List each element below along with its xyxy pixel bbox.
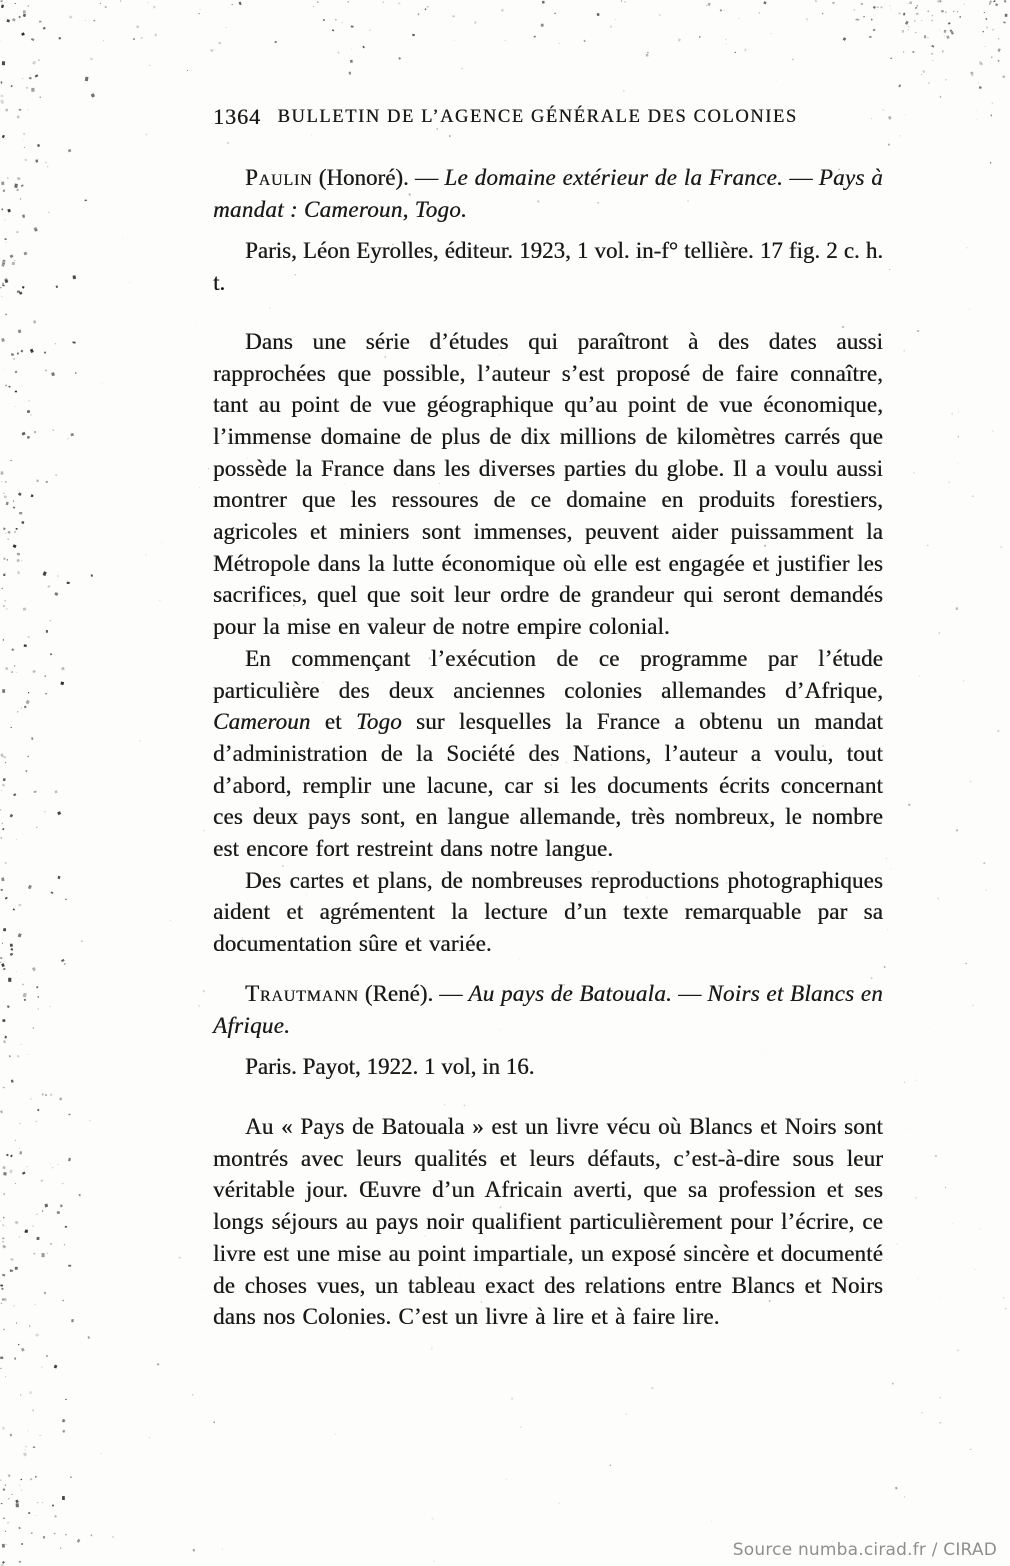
scanned-document-page: 1364 BULLETIN DE L’AGENCE GÉNÉRALE DES C… (0, 0, 1010, 1566)
entry1-author-suffix: (Honoré). — (312, 165, 444, 190)
entry1-para2-text: En commençant l’exécution de ce programm… (213, 646, 883, 703)
entry2-heading: Trautmann (René). — Au pays de Batouala.… (213, 978, 883, 1041)
entry1-paragraph-3: Des cartes et plans, de nombreuses repro… (213, 865, 883, 960)
text-column: 1364 BULLETIN DE L’AGENCE GÉNÉRALE DES C… (213, 104, 883, 1333)
entry1-imprint: Paris, Léon Eyrolles, éditeur. 1923, 1 v… (213, 235, 883, 298)
entry1-paragraph-1: Dans une série d’études qui paraîtront à… (213, 326, 883, 643)
source-attribution: Source numba.cirad.fr / CIRAD (733, 1540, 997, 1560)
page-number: 1364 (213, 104, 261, 129)
entry2-paragraph-1: Au « Pays de Batouala » est un livre véc… (213, 1111, 883, 1333)
entry1-title-separator: — (783, 165, 819, 190)
entry1-para2-cameroun-italic: Cameroun (213, 709, 310, 734)
entry2-author-name: Trautmann (245, 981, 359, 1006)
entry2-imprint: Paris. Payot, 1922. 1 vol, in 16. (213, 1051, 883, 1083)
entry2-title-separator: — (672, 981, 707, 1006)
entry1-para2-text: et (310, 709, 356, 734)
entry1-para2-togo-italic: Togo (356, 709, 402, 734)
entry1-book-title: Le domaine extérieur de la France. (444, 165, 783, 190)
entry1-paragraph-2: En commençant l’exécution de ce programm… (213, 643, 883, 865)
entry2-author-suffix: (René). — (359, 981, 469, 1006)
running-title: BULLETIN DE L’AGENCE GÉNÉRALE DES COLONI… (277, 107, 797, 128)
entry1-heading: Paulin (Honoré). — Le domaine extérieur … (213, 162, 883, 225)
page-header: 1364 BULLETIN DE L’AGENCE GÉNÉRALE DES C… (213, 104, 883, 132)
entry1-author-name: Paulin (245, 165, 312, 190)
entry2-book-title: Au pays de Batouala. (468, 981, 672, 1006)
